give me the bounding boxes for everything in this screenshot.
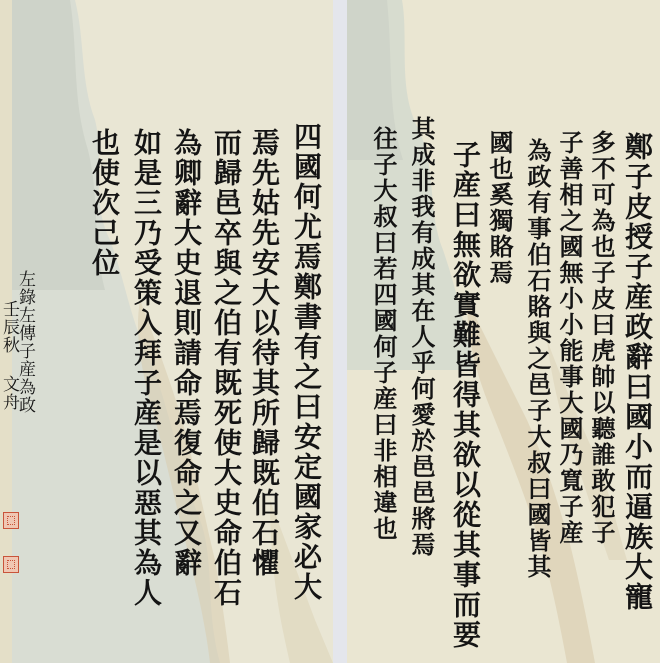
text-column: 子善相之國無小小能事大國乃寬子産 xyxy=(557,130,581,546)
text-column: 子産曰無欲實難皆得其欲以從其事而要 xyxy=(451,140,479,650)
text-column: 也使次己位 xyxy=(90,128,118,278)
signature-column: 壬辰秋 文舟 xyxy=(0,300,17,411)
left-scroll-panel: 四國何尤焉鄭書有之曰安定國家必大 焉先姑先安大以待其所歸既伯石懼 而歸邑卒與之伯… xyxy=(0,0,333,663)
ink-wash-shape xyxy=(0,0,333,663)
text-column: 四國何尤焉鄭書有之曰安定國家必大 xyxy=(292,122,320,602)
text-column: 為政有事伯石賂與之邑子大叔曰國皆其 xyxy=(525,138,549,580)
text-column: 國也奚獨賂焉 xyxy=(487,130,511,286)
text-column: 為卿辭大史退則請命焉復命之又辭 xyxy=(172,128,200,578)
panel-gap xyxy=(333,0,347,663)
right-scroll-panel: 鄭子皮授子産政辭曰國小而逼族大寵 多不可為也子皮曰虎帥以聽誰敢犯子 子善相之國無… xyxy=(347,0,660,663)
text-column: 往子大叔曰若四國何子産曰非相違也 xyxy=(371,126,395,542)
text-column: 其成非我有成其在人乎何愛於邑邑將焉 xyxy=(409,116,433,558)
text-column: 焉先姑先安大以待其所歸既伯石懼 xyxy=(250,128,278,578)
text-column: 如是三乃受策入拜子産是以惡其為人 xyxy=(132,128,160,608)
text-column: 鄭子皮授子産政辭曰國小而逼族大寵 xyxy=(623,132,651,612)
red-seal-stamp xyxy=(3,512,19,529)
red-seal-stamp xyxy=(3,556,19,573)
text-column: 多不可為也子皮曰虎帥以聽誰敢犯子 xyxy=(589,130,613,546)
calligraphy-diptych: 四國何尤焉鄭書有之曰安定國家必大 焉先姑先安大以待其所歸既伯石懼 而歸邑卒與之伯… xyxy=(0,0,660,663)
text-column: 而歸邑卒與之伯有既死使大史命伯石 xyxy=(212,128,240,608)
